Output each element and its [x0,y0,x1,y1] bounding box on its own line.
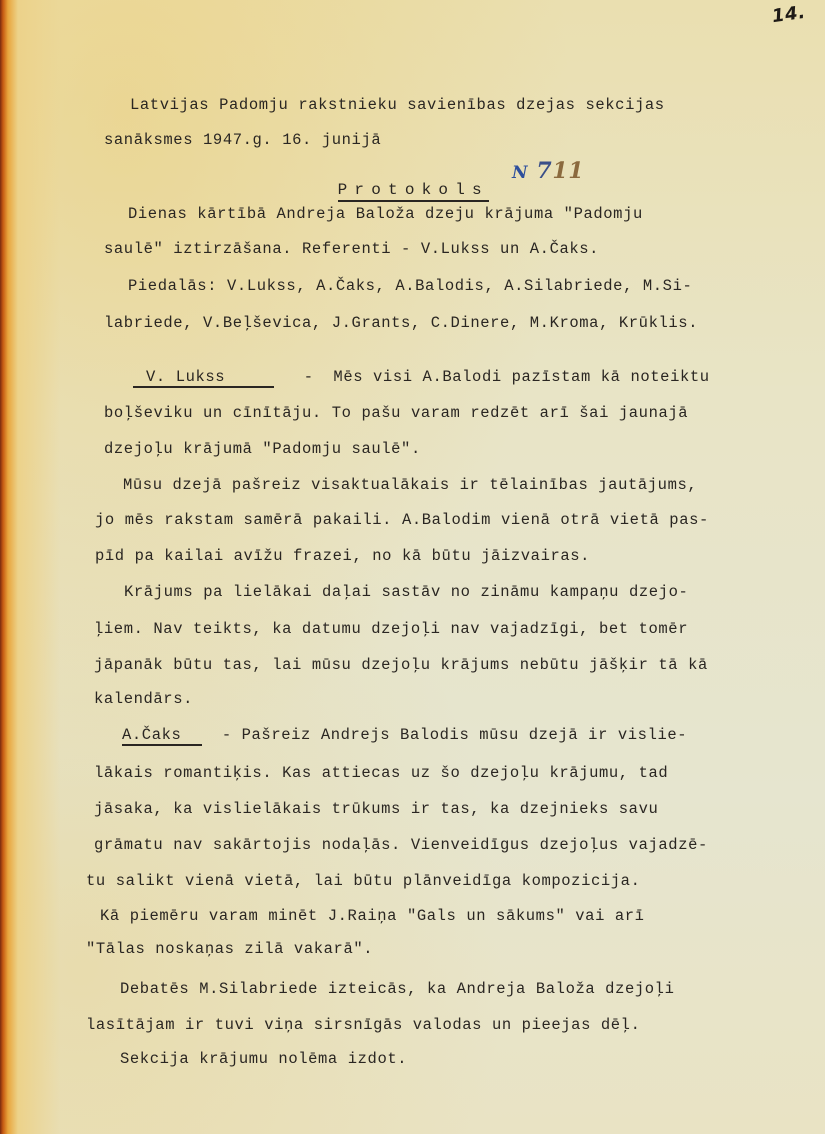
handwritten-number-sign: N [512,163,528,183]
speech-caks-line-1-text: - Pašreiz Andrejs Balodis mūsu dzejā ir … [222,726,687,744]
document-page: 14. Latvijas Padomju rakstnieku savienīb… [0,0,825,1134]
speech-lukss-p3-line-4: kalendārs. [94,690,193,708]
speech-lukss-p2-line-1: Mūsu dzejā pašreiz visaktualākais ir tēl… [123,476,697,494]
handwritten-7: 7 [536,158,552,184]
agenda-line-1: Dienas kārtībā Andreja Baloža dzeju krāj… [128,205,643,223]
speaker-lukss: V. Lukss [133,368,274,388]
speech-lukss-p3-line-3: jāpanāk būtu tas, lai mūsu dzejoļu krāju… [94,656,708,674]
decision-line-1: Sekcija krājumu nolēma izdot. [120,1050,407,1068]
speech-lukss-line-2: boļševiku un cīnītāju. To pašu varam red… [104,404,688,422]
speech-caks-line-7: "Tālas noskaņas zilā vakarā". [86,940,373,958]
debate-line-2: lasītājam ir tuvi viņa sirsnīgās valodas… [86,1016,640,1034]
speech-lukss-p3-line-2: ļiem. Nav teikts, ka datumu dzejoļi nav … [94,620,688,638]
handwritten-page-number: 14. [771,2,807,27]
speech-lukss-p2-line-3: pīd pa kailai avīžu frazei, no kā būtu j… [95,547,590,565]
speech-caks-line-5: tu salikt vienā vietā, lai būtu plānveid… [86,872,640,890]
speech-lukss-p3-line-1: Krājums pa lielākai daļai sastāv no zinā… [124,583,688,601]
attendees-line-2: labriede, V.Beļševica, J.Grants, C.Diner… [104,314,698,332]
agenda-line-2: saulē" iztirzāšana. Referenti - V.Lukss … [104,240,599,258]
attendees-line-1: Piedalās: V.Lukss, A.Čaks, A.Balodis, A.… [128,277,692,295]
speech-caks-line-2: lākais romantiķis. Kas attiecas uz šo dz… [94,764,668,782]
speech-lukss-line-3: dzejoļu krājumā "Padomju saulē". [104,440,421,458]
speech-lukss-line-1-text: - Mēs visi A.Balodi pazīstam kā noteiktu [304,368,710,386]
speech-lukss-p2-line-2: jo mēs rakstam samērā pakaili. A.Balodim… [95,511,709,529]
speech-caks-line-4: grāmatu nav sakārtojis nodaļās. Vienveid… [94,836,708,854]
header-line-1: Latvijas Padomju rakstnieku savienības d… [130,96,665,114]
document-title: Protokols [338,181,489,202]
debate-line-1: Debatēs M.Silabriede izteicās, ka Andrej… [120,980,674,998]
speech-lukss-line-1: V. Lukss - Mēs visi A.Balodi pazīstam kā… [133,368,710,388]
speech-caks-line-3: jāsaka, ka vislielākais trūkums ir tas, … [94,800,658,818]
speech-caks-line-6: Kā piemēru varam minēt J.Raiņa "Gals un … [100,907,645,925]
handwritten-protocol-number: N 711 [512,158,584,184]
speaker-caks: A.Čaks [122,726,202,746]
handwritten-11: 11 [552,158,584,184]
speech-caks-line-1: A.Čaks - Pašreiz Andrejs Balodis mūsu dz… [122,726,687,746]
header-line-2: sanāksmes 1947.g. 16. junijā [104,131,381,149]
